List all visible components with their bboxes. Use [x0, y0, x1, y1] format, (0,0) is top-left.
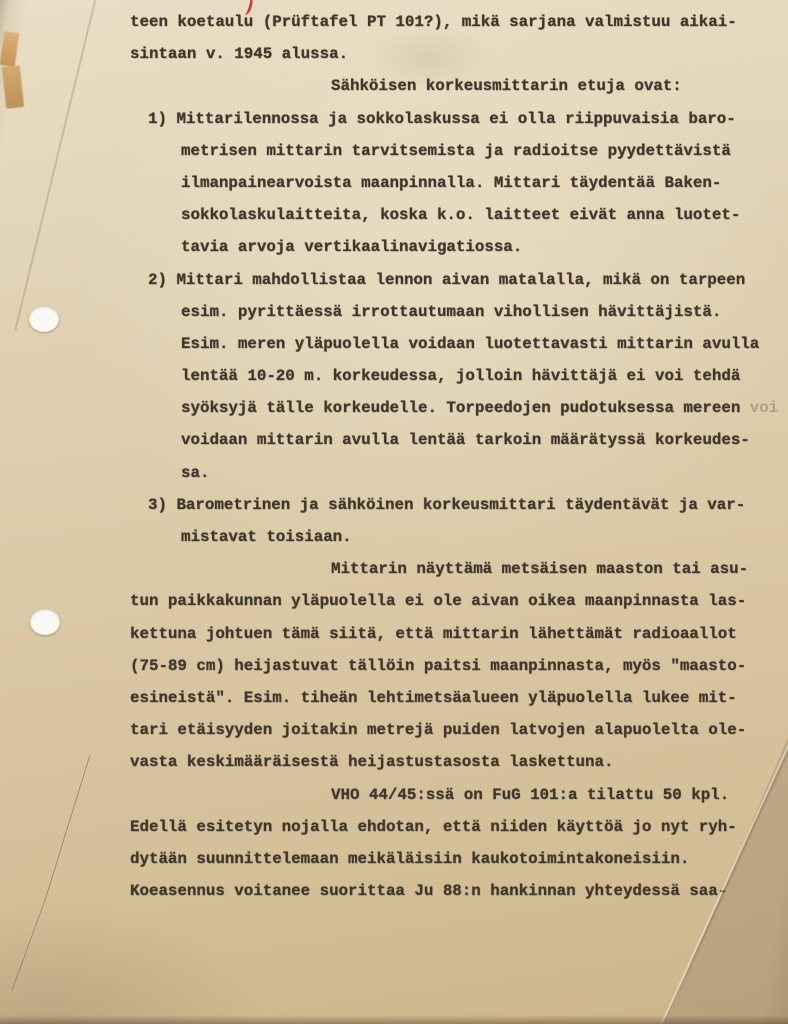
text-line: Koeasennus voitanee suorittaa Ju 88:n ha…: [0, 875, 788, 907]
text-line: voidaan mittarin avulla lentää tarkoin m…: [0, 424, 788, 456]
text-line: esim. pyrittäessä irrottautumaan viholli…: [0, 296, 788, 328]
text-line: sintaan v. 1945 alussa.: [0, 38, 788, 70]
text-line: sokkolaskulaitteita, koska k.o. laitteet…: [0, 199, 788, 231]
text-line: 3) Barometrinen ja sähköinen korkeusmitt…: [0, 489, 788, 521]
text-lines: teen koetaulu (Prüftafel PT 101?), mikä …: [0, 6, 788, 907]
text-line: Sähköisen korkeusmittarin etuja ovat:: [0, 70, 788, 102]
text-line: dytään suunnittelemaan meikäläisiin kauk…: [0, 843, 788, 875]
bleed-through-text: voi: [740, 399, 778, 417]
text-line: metrisen mittarin tarvitsemista ja radio…: [0, 135, 788, 167]
text-line: tavia arvoja vertikaalinavigatiossa.: [0, 231, 788, 263]
text-line: 2) Mittari mahdollistaa lennon aivan mat…: [0, 264, 788, 296]
document-page: teen koetaulu (Prüftafel PT 101?), mikä …: [0, 0, 788, 1024]
text-line: Esim. meren yläpuolella voidaan luotetta…: [0, 328, 788, 360]
text-line: esineistä". Esim. tiheän lehtimetsäaluee…: [0, 682, 788, 714]
text-line: Mittarin näyttämä metsäisen maaston tai …: [0, 553, 788, 585]
text-line: 1) Mittarilennossa ja sokkolaskussa ei o…: [0, 103, 788, 135]
text-line: kettuna johtuen tämä siitä, että mittari…: [0, 618, 788, 650]
pencil-line: [11, 900, 45, 991]
page-bottom-shadow: [0, 1015, 788, 1024]
text-line: VHO 44/45:ssä on FuG 101:a tilattu 50 kp…: [0, 779, 788, 811]
text-line: syöksyjä tälle korkeudelle. Torpeedojen …: [0, 392, 788, 424]
text-line: teen koetaulu (Prüftafel PT 101?), mikä …: [0, 6, 788, 38]
text-line: tun paikkakunnan yläpuolella ei ole aiva…: [0, 585, 788, 617]
text-line: vasta keskimääräisestä heijastustasosta …: [0, 746, 788, 778]
text-line: ilmanpainearvoista maanpinnalla. Mittari…: [0, 167, 788, 199]
text-line: (75-89 cm) heijastuvat tällöin paitsi ma…: [0, 650, 788, 682]
text-line: mistavat toisiaan.: [0, 521, 788, 553]
text-line: Edellä esitetyn nojalla ehdotan, että ni…: [0, 811, 788, 843]
text-line: lentää 10-20 m. korkeudessa, jolloin häv…: [0, 360, 788, 392]
text-line: tari etäisyyden joitakin metrejä puiden …: [0, 714, 788, 746]
text-line: sa.: [0, 457, 788, 489]
